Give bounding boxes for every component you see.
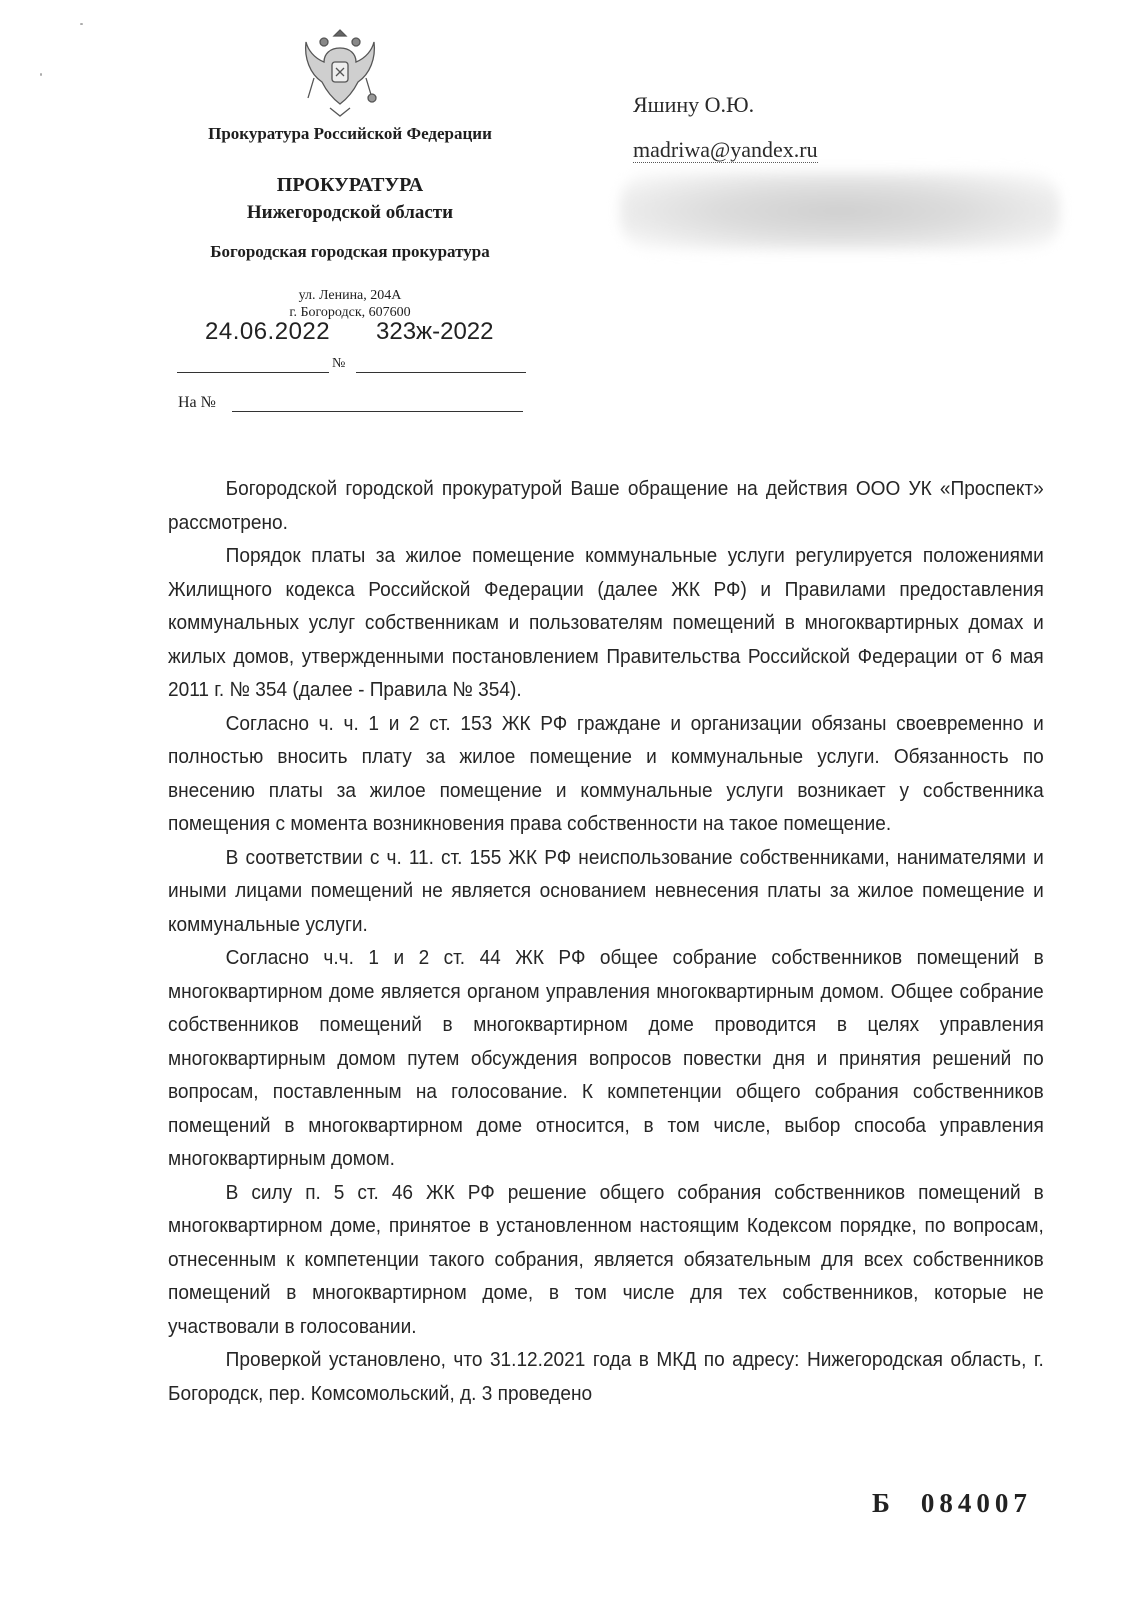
- paragraph: В силу п. 5 ст. 46 ЖК РФ решение общего …: [168, 1176, 1044, 1344]
- form-series-number: Б084007: [872, 1488, 1032, 1519]
- coat-of-arms-icon: [300, 28, 380, 120]
- paragraph: Богородской городской прокуратурой Ваше …: [168, 472, 1044, 539]
- org-name-local: Богородская городская прокуратура: [162, 242, 538, 262]
- org-address-street: ул. Ленина, 204А: [230, 288, 470, 304]
- registration-date: 24.06.2022: [205, 318, 330, 346]
- number-sign-label: №: [332, 356, 345, 372]
- date-underline: [177, 372, 329, 373]
- scan-speck: [40, 73, 42, 76]
- reply-to-underline: [232, 411, 523, 412]
- org-name-federal: Прокуратура Российской Федерации: [170, 124, 530, 144]
- letter-body: Богородской городской прокуратурой Ваше …: [168, 472, 1044, 1410]
- org-name-title: ПРОКУРАТУРА: [160, 174, 540, 197]
- scan-speck: [80, 23, 83, 25]
- paragraph: Проверкой установлено, что 31.12.2021 го…: [168, 1343, 1044, 1410]
- paragraph: Согласно ч. ч. 1 и 2 ст. 153 ЖК РФ гражд…: [168, 707, 1044, 841]
- registration-number: 323ж-2022: [376, 318, 493, 346]
- paragraph: В соответствии с ч. 11. ст. 155 ЖК РФ не…: [168, 841, 1044, 942]
- paragraph: Порядок платы за жилое помещение коммуна…: [168, 539, 1044, 707]
- reply-to-label: На №: [178, 394, 216, 412]
- org-name-region: Нижегородской области: [160, 202, 540, 224]
- addressee-name: Яшину О.Ю.: [633, 92, 754, 118]
- addressee-email: madriwa@yandex.ru: [633, 138, 818, 163]
- series-number: 084007: [921, 1488, 1032, 1518]
- number-underline: [356, 372, 526, 373]
- series-letter: Б: [872, 1488, 895, 1518]
- paragraph: Согласно ч.ч. 1 и 2 ст. 44 ЖК РФ общее с…: [168, 941, 1044, 1176]
- redacted-address-blur: [620, 172, 1060, 250]
